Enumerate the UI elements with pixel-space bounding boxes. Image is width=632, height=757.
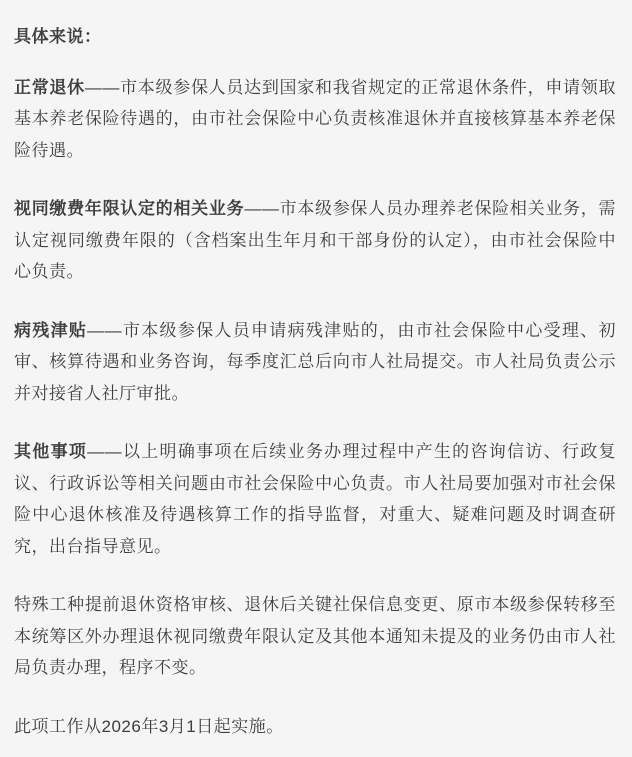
paragraph: 其他事项——以上明确事项在后续业务办理过程中产生的咨询信访、行政复议、行政诉讼等… [14,436,616,562]
paragraph-body: 此项工作从2026年3月1日起实施。 [14,717,284,736]
paragraph: 特殊工种提前退休资格审核、退休后关键社保信息变更、原市本级参保转移至本统筹区外办… [14,589,616,684]
paragraph-lead: 其他事项 [14,442,87,461]
paragraph: 病残津贴——市本级参保人员申请病残津贴的，由市社会保险中心受理、初审、核算待遇和… [14,315,616,410]
paragraph: 此项工作从2026年3月1日起实施。 [14,711,616,743]
paragraph-lead: 正常退休 [14,78,85,97]
section-heading: 具体来说： [14,21,616,53]
paragraph: 视同缴费年限认定的相关业务——市本级参保人员办理养老保险相关业务，需认定视同缴费… [14,193,616,288]
paragraph-body: ——以上明确事项在后续业务办理过程中产生的咨询信访、行政复议、行政诉讼等相关问题… [14,442,616,556]
paragraph-list: 正常退休——市本级参保人员达到国家和我省规定的正常退休条件，申请领取基本养老保险… [14,72,616,743]
paragraph-body: ——市本级参保人员申请病残津贴的，由市社会保险中心受理、初审、核算待遇和业务咨询… [14,321,616,403]
paragraph: 正常退休——市本级参保人员达到国家和我省规定的正常退休条件，申请领取基本养老保险… [14,72,616,167]
paragraph-body: ——市本级参保人员达到国家和我省规定的正常退休条件，申请领取基本养老保险待遇的，… [14,78,616,160]
paragraph-lead: 病残津贴 [14,321,87,340]
article-body: 具体来说： 正常退休——市本级参保人员达到国家和我省规定的正常退休条件，申请领取… [0,0,632,742]
paragraph-body: 特殊工种提前退休资格审核、退休后关键社保信息变更、原市本级参保转移至本统筹区外办… [14,595,616,677]
paragraph-lead: 视同缴费年限认定的相关业务 [14,199,244,218]
